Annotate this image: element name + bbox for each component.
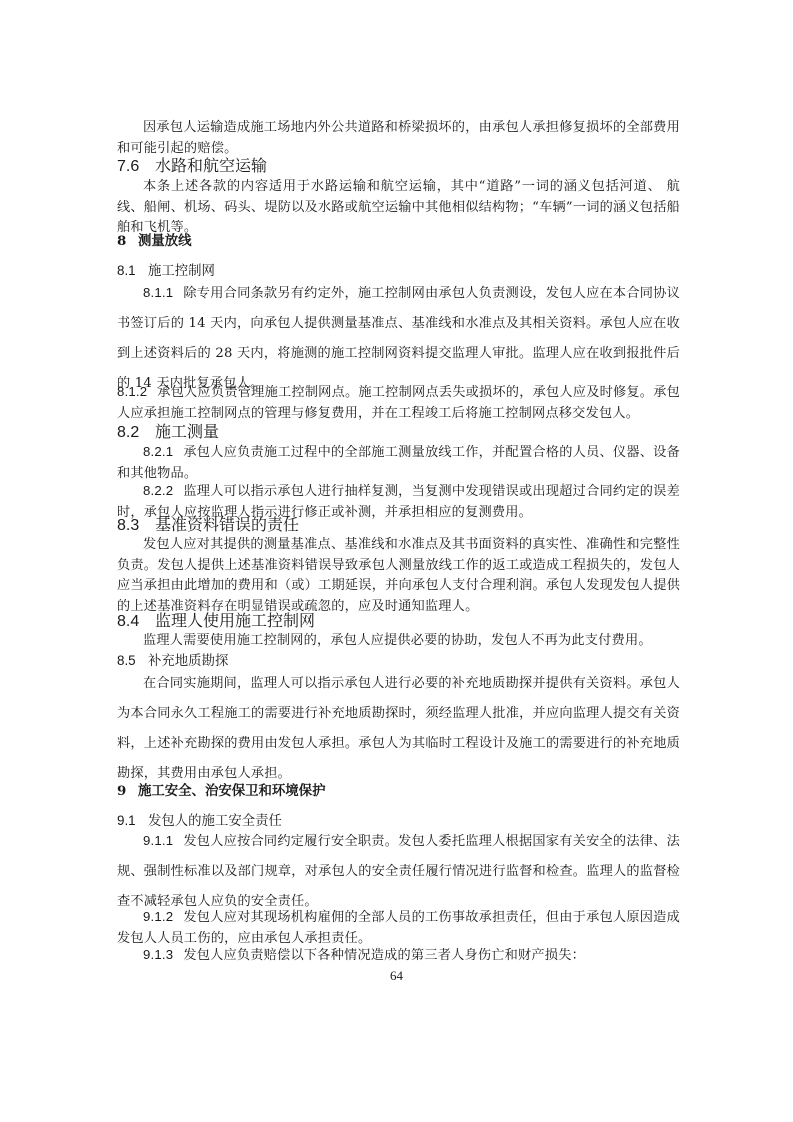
paragraph-baseline-data-error: 发包人应对其提供的测量基准点、基准线和水准点及其书面资料的真实性、准确性和完整性… <box>117 535 680 617</box>
clause-number: 8.2.2 <box>143 483 173 498</box>
section-number: 8.4 <box>117 612 155 632</box>
chapter-title: 测量放线 <box>138 233 192 249</box>
clause-8-2-1: 8.2.1承包人应负责施工过程中的全部施工测量放线工作，并配置合格的人员、仪器、… <box>117 442 680 484</box>
clause-8-1-2: 8.1.2承包人应负责管理施工控制网点。施工控制网点丢失或损坏的，承包人应及时修… <box>117 382 680 424</box>
section-number: 8.2 <box>117 423 155 443</box>
section-title: 监理人使用施工控制网 <box>155 611 315 630</box>
paragraph-waterway-aviation: 本条上述各款的内容适用于水路运输和航空运输，其中“道路”一词的涵义包括河道、 航… <box>117 177 680 239</box>
section-title: 补充地质勘探 <box>148 654 228 669</box>
clause-number: 9.1.3 <box>143 947 173 962</box>
clause-text: 除专用合同条款另有约定外，施工控制网由承包人负责测设，发包人应在本合同协议书签订… <box>117 286 680 391</box>
clause-number: 9.1.1 <box>143 833 173 848</box>
clause-number: 8.2.1 <box>143 444 173 459</box>
paragraph-geological-exploration: 在合同实施期间，监理人可以指示承包人进行必要的补充地质勘探并提供有关资料。承包人… <box>117 669 680 789</box>
clause-9-1-2: 9.1.2发包人应对其现场机构雇佣的全部人员的工伤事故承担责任，但由于承包人原因… <box>117 907 680 949</box>
section-heading-8-2: 8.2施工测量 <box>117 422 680 443</box>
section-heading-7-6: 7.6水路和航空运输 <box>117 156 680 177</box>
clause-number: 8.1.1 <box>143 285 173 300</box>
chapter-number: 8 <box>117 232 138 250</box>
clause-number: 9.1.2 <box>143 909 173 924</box>
section-heading-8-3: 8.3基准资料错误的责任 <box>117 515 680 536</box>
clause-text: 发包人应对其现场机构雇佣的全部人员的工伤事故承担责任，但由于承包人原因造成发包人… <box>117 910 680 946</box>
clause-text: 发包人应按合同约定履行安全职责。发包人委托监理人根据国家有关安全的法律、法规、强… <box>117 834 680 909</box>
clause-text: 发包人应负责赔偿以下各种情况造成的第三者人身伤亡和财产损失： <box>183 948 585 963</box>
page-number: 64 <box>0 968 793 984</box>
section-title: 基准资料错误的责任 <box>155 515 299 534</box>
section-number: 7.6 <box>117 157 155 177</box>
paragraph-transport-damage: 因承包人运输造成施工场地内外公共道路和桥梁损坏的，由承包人承担修复损坏的全部费用… <box>117 118 680 159</box>
clause-text: 承包人应负责管理施工控制网点。施工控制网点丢失或损坏的，承包人应及时修复。承包人… <box>117 385 680 421</box>
chapter-title: 施工安全、治安保卫和环境保护 <box>138 783 325 799</box>
document-page: 因承包人运输造成施工场地内外公共道路和桥梁损坏的，由承包人承担修复损坏的全部费用… <box>0 0 793 1122</box>
clause-number: 8.1.2 <box>117 384 147 399</box>
chapter-heading-9: 9施工安全、治安保卫和环境保护 <box>117 782 680 800</box>
chapter-heading-8: 8测量放线 <box>117 232 680 250</box>
chapter-number: 9 <box>117 782 138 800</box>
clause-8-1-1: 8.1.1除专用合同条款另有约定外，施工控制网由承包人负责测设，发包人应在本合同… <box>117 278 680 399</box>
section-number: 8.3 <box>117 516 155 536</box>
section-heading-8-4: 8.4监理人使用施工控制网 <box>117 611 680 632</box>
clause-9-1-3: 9.1.3发包人应负责赔偿以下各种情况造成的第三者人身伤亡和财产损失： <box>117 945 680 967</box>
paragraph-supervisor-control-network: 监理人需要使用施工控制网的，承包人应提供必要的协助，发包人不再为此支付费用。 <box>117 631 680 652</box>
section-title: 施工控制网 <box>148 264 215 279</box>
section-title: 施工测量 <box>155 422 219 441</box>
clause-9-1-1: 9.1.1发包人应按合同约定履行安全职责。发包人委托监理人根据国家有关安全的法律… <box>117 826 680 917</box>
section-number: 8.5 <box>117 652 148 670</box>
section-title: 水路和航空运输 <box>155 156 267 175</box>
clause-text: 承包人应负责施工过程中的全部施工测量放线工作，并配置合格的人员、仪器、设备和其他… <box>117 445 680 481</box>
